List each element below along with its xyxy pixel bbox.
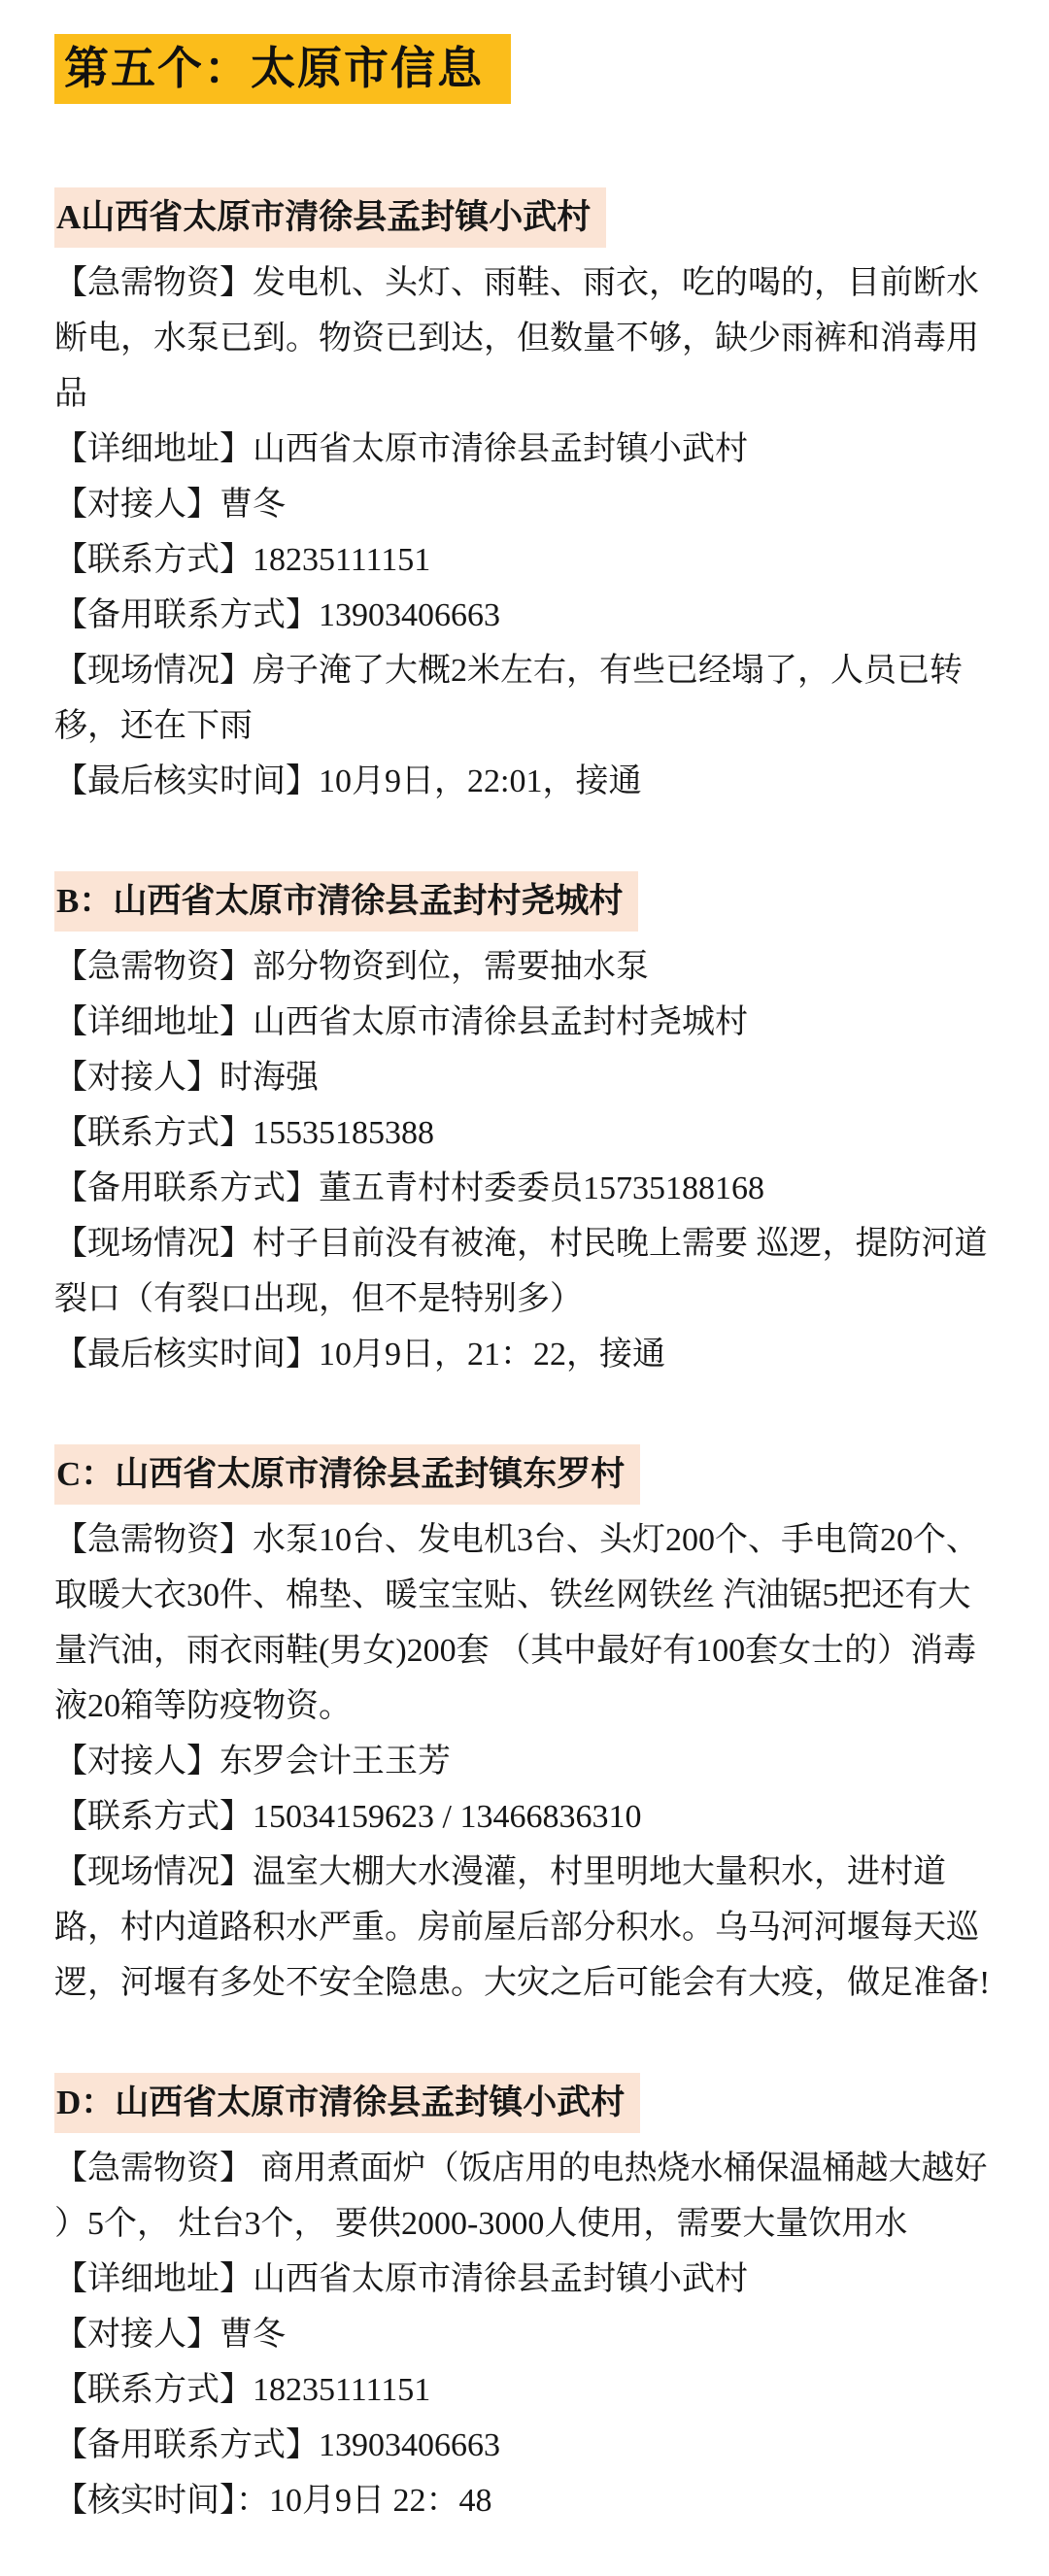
field-label: 【急需物资】 bbox=[54, 2151, 253, 2186]
page-title: 第五个：太原市信息 bbox=[54, 34, 511, 104]
field-label: 【联系方式】 bbox=[54, 542, 253, 578]
field-row: 【急需物资】发电机、头灯、雨鞋、雨衣，吃的喝的，目前断水断电，水泵已到。物资已到… bbox=[54, 255, 995, 422]
field-value: 10月9日，22:01，接通 bbox=[319, 763, 641, 799]
field-row: 【最后核实时间】10月9日，22:01，接通 bbox=[54, 754, 995, 809]
field-row: 【现场情况】房子淹了大概2米左右，有些已经塌了，人员已转移，还在下雨 bbox=[54, 643, 995, 754]
field-value: 15535185388 bbox=[253, 1115, 434, 1151]
field-value: 董五青村村委委员15735188168 bbox=[319, 1170, 764, 1206]
field-label: 【联系方式】 bbox=[54, 1799, 253, 1835]
title-row: 第五个：太原市信息 bbox=[54, 34, 995, 104]
field-row: 【备用联系方式】13903406663 bbox=[54, 588, 995, 643]
field-row: 【详细地址】山西省太原市清徐县孟封村尧城村 bbox=[54, 995, 995, 1050]
field-row: 【联系方式】18235111151 bbox=[54, 2362, 995, 2418]
field-label: 【现场情况】 bbox=[54, 653, 253, 689]
field-value: 山西省太原市清徐县孟封镇小武村 bbox=[253, 2261, 748, 2297]
document-page: 第五个：太原市信息 A山西省太原市清徐县孟封镇小武村【急需物资】发电机、头灯、雨… bbox=[0, 0, 1049, 2528]
field-label: 【核实时间】 bbox=[54, 2483, 236, 2519]
section-a: A山西省太原市清徐县孟封镇小武村【急需物资】发电机、头灯、雨鞋、雨衣，吃的喝的，… bbox=[54, 187, 995, 809]
field-label: 【对接人】 bbox=[54, 2317, 220, 2353]
field-row: 【现场情况】温室大棚大水漫灌，村里明地大量积水，进村道路，村内道路积水严重。房前… bbox=[54, 1845, 995, 2011]
sections-container: A山西省太原市清徐县孟封镇小武村【急需物资】发电机、头灯、雨鞋、雨衣，吃的喝的，… bbox=[54, 187, 995, 2528]
field-value: 山西省太原市清徐县孟封村尧城村 bbox=[253, 1004, 748, 1040]
field-value: 时海强 bbox=[220, 1060, 319, 1096]
field-label: 【现场情况】 bbox=[54, 1854, 253, 1890]
field-row: 【对接人】时海强 bbox=[54, 1050, 995, 1105]
field-value: 13903406663 bbox=[319, 2427, 500, 2463]
section-header-row: C：山西省太原市清徐县孟封镇东罗村 bbox=[54, 1444, 995, 1505]
field-label: 【最后核实时间】 bbox=[54, 1337, 319, 1373]
field-value: 曹冬 bbox=[220, 487, 286, 523]
field-value: 13903406663 bbox=[319, 597, 500, 633]
field-row: 【对接人】曹冬 bbox=[54, 2307, 995, 2362]
field-value: 10月9日，21：22，接通 bbox=[319, 1337, 665, 1373]
field-row: 【联系方式】15034159623 / 13466836310 bbox=[54, 1789, 995, 1845]
section-d-header: D：山西省太原市清徐县孟封镇小武村 bbox=[54, 2073, 640, 2133]
field-label: 【备用联系方式】 bbox=[54, 2427, 319, 2463]
field-row: 【联系方式】18235111151 bbox=[54, 532, 995, 588]
field-value: 18235111151 bbox=[253, 2372, 430, 2408]
field-value: 部分物资到位，需要抽水泵 bbox=[253, 949, 649, 985]
section-header-row: D：山西省太原市清徐县孟封镇小武村 bbox=[54, 2073, 995, 2133]
field-label: 【急需物资】 bbox=[54, 949, 253, 985]
field-row: 【备用联系方式】13903406663 bbox=[54, 2418, 995, 2473]
field-value: 东罗会计王玉芳 bbox=[220, 1744, 451, 1779]
section-a-header: A山西省太原市清徐县孟封镇小武村 bbox=[54, 187, 606, 248]
field-label: 【对接人】 bbox=[54, 487, 220, 523]
field-row: 【详细地址】山西省太原市清徐县孟封镇小武村 bbox=[54, 2252, 995, 2307]
field-row: 【对接人】东罗会计王玉芳 bbox=[54, 1734, 995, 1789]
section-d: D：山西省太原市清徐县孟封镇小武村【急需物资】 商用煮面炉（饭店用的电热烧水桶保… bbox=[54, 2073, 995, 2528]
field-row: 【急需物资】 商用煮面炉（饭店用的电热烧水桶保温桶越大越好 ）5个， 灶台3个，… bbox=[54, 2141, 995, 2252]
field-label: 【对接人】 bbox=[54, 1060, 220, 1096]
field-row: 【对接人】曹冬 bbox=[54, 477, 995, 532]
field-value: 曹冬 bbox=[220, 2317, 286, 2353]
section-c: C：山西省太原市清徐县孟封镇东罗村【急需物资】水泵10台、发电机3台、头灯200… bbox=[54, 1444, 995, 2011]
field-row: 【最后核实时间】10月9日，21：22，接通 bbox=[54, 1327, 995, 1382]
section-b-header: B：山西省太原市清徐县孟封村尧城村 bbox=[54, 871, 638, 932]
field-label: 【对接人】 bbox=[54, 1744, 220, 1779]
field-row: 【联系方式】15535185388 bbox=[54, 1105, 995, 1161]
field-label: 【联系方式】 bbox=[54, 1115, 253, 1151]
field-label: 【现场情况】 bbox=[54, 1226, 253, 1262]
field-row: 【备用联系方式】董五青村村委委员15735188168 bbox=[54, 1161, 995, 1216]
field-label: 【最后核实时间】 bbox=[54, 763, 319, 799]
field-value: 15034159623 / 13466836310 bbox=[253, 1799, 641, 1835]
field-label: 【详细地址】 bbox=[54, 431, 253, 467]
field-label: 【联系方式】 bbox=[54, 2372, 253, 2408]
field-label: 【备用联系方式】 bbox=[54, 1170, 319, 1206]
section-c-header: C：山西省太原市清徐县孟封镇东罗村 bbox=[54, 1444, 640, 1505]
section-header-row: A山西省太原市清徐县孟封镇小武村 bbox=[54, 187, 995, 248]
field-value: 18235111151 bbox=[253, 542, 430, 578]
field-label: 【详细地址】 bbox=[54, 2261, 253, 2297]
field-row: 【现场情况】村子目前没有被淹，村民晚上需要 巡逻，提防河道裂口（有裂口出现，但不… bbox=[54, 1216, 995, 1327]
field-label: 【急需物资】 bbox=[54, 265, 253, 301]
section-b: B：山西省太原市清徐县孟封村尧城村【急需物资】部分物资到位，需要抽水泵【详细地址… bbox=[54, 871, 995, 1382]
field-label: 【详细地址】 bbox=[54, 1004, 253, 1040]
field-value: ：10月9日 22：48 bbox=[236, 2483, 492, 2519]
field-label: 【急需物资】 bbox=[54, 1522, 253, 1558]
field-value: 山西省太原市清徐县孟封镇小武村 bbox=[253, 431, 748, 467]
field-row: 【急需物资】部分物资到位，需要抽水泵 bbox=[54, 939, 995, 995]
field-row: 【详细地址】山西省太原市清徐县孟封镇小武村 bbox=[54, 422, 995, 477]
field-label: 【备用联系方式】 bbox=[54, 597, 319, 633]
field-row: 【核实时间】：10月9日 22：48 bbox=[54, 2473, 995, 2528]
section-header-row: B：山西省太原市清徐县孟封村尧城村 bbox=[54, 871, 995, 932]
field-row: 【急需物资】水泵10台、发电机3台、头灯200个、手电筒20个、取暖大衣30件、… bbox=[54, 1512, 995, 1734]
